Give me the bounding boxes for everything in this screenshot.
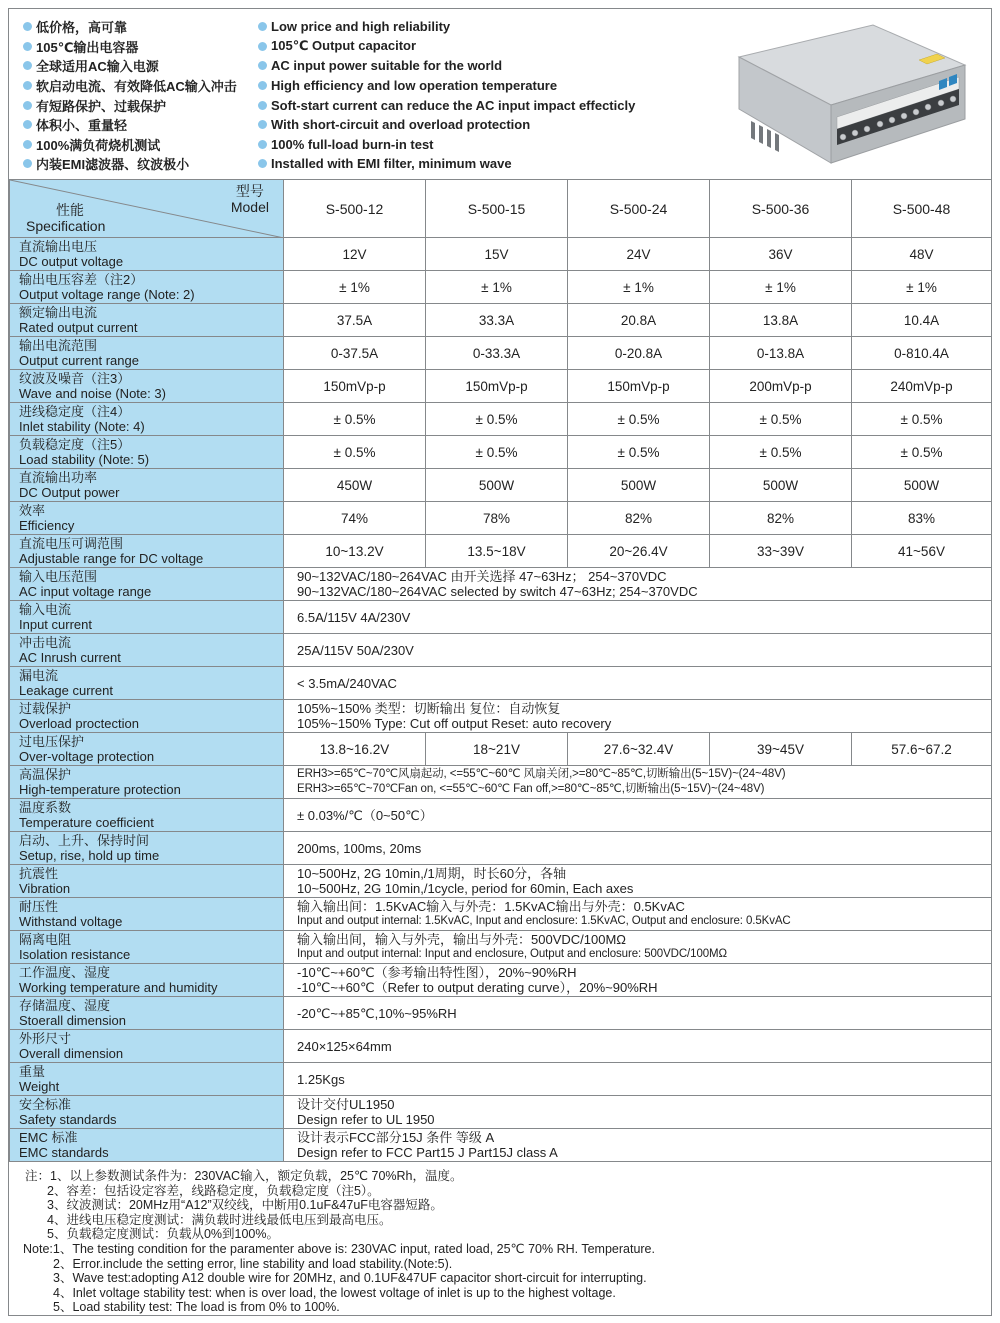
model-column-header: S-500-12: [284, 180, 426, 238]
bullet-icon: [23, 101, 32, 110]
spec-row: 高温保护High-temperature protectionERH3>=65℃…: [10, 766, 992, 799]
spec-row: 过载保护Overload proctection105%~150% 类型：切断输…: [10, 700, 992, 733]
spec-value: 18~21V: [426, 733, 568, 766]
spec-value: 12V: [284, 238, 426, 271]
bullet-icon: [23, 159, 32, 168]
row-label: 温度系数Temperature coefficient: [10, 799, 284, 832]
row-label: 负载稳定度（注5）Load stability (Note: 5): [10, 436, 284, 469]
spec-value: 20.8A: [568, 304, 710, 337]
row-label-en: Leakage current: [19, 683, 281, 698]
corner-spec-label: 性能 Specification: [26, 202, 105, 234]
spec-value: ± 0.5%: [426, 403, 568, 436]
spec-value: ± 1%: [426, 271, 568, 304]
spec-value: ± 0.5%: [852, 403, 992, 436]
feature-item: Low price and high reliability: [258, 17, 635, 37]
spec-value: 39~45V: [710, 733, 852, 766]
row-label-en: Over-voltage protection: [19, 749, 281, 764]
feature-text: 内装EMI滤波器、纹波极小: [36, 154, 189, 173]
spec-value-line: -10℃~+60℃（参考输出特性图），20%~90%RH: [297, 965, 989, 980]
feature-text: 全球适用AC输入电源: [36, 56, 159, 75]
spec-value: 20~26.4V: [568, 535, 710, 568]
spec-row: 隔离电阻Isolation resistance输入输出间，输入与外壳，输出与外…: [10, 931, 992, 964]
note-line-en: 4、Inlet voltage stability test: when is …: [9, 1286, 991, 1301]
feature-item: Installed with EMI filter, minimum wave: [258, 154, 635, 174]
spec-value-line: Input and output internal: 1.5KvAC, Inpu…: [297, 914, 989, 929]
row-label: 重量Weight: [10, 1063, 284, 1096]
spec-row: 温度系数Temperature coefficient± 0.03%/℃（0~5…: [10, 799, 992, 832]
spec-value-line: 设计表示FCC部分15J 条件 等级 A: [297, 1130, 989, 1145]
feature-text: High efficiency and low operation temper…: [271, 78, 557, 93]
feature-item: 100%满负荷烧机测试: [23, 135, 237, 155]
row-label-cn: 抗震性: [19, 866, 281, 881]
note-line-cn: 注：1、以上参数测试条件为：230VAC输入，额定负载，25℃ 70%Rh，温度…: [9, 1169, 991, 1184]
spec-value-span: 6.5A/115V 4A/230V: [284, 601, 992, 634]
feature-item: 105℃ Output capacitor: [258, 37, 635, 57]
bullet-icon: [258, 22, 267, 31]
spec-value: 33.3A: [426, 304, 568, 337]
row-label-cn: 工作温度、湿度: [19, 965, 281, 980]
spec-value-line: 90~132VAC/180~264VAC 由开关选择 47~63Hz； 254~…: [297, 569, 989, 584]
spec-value: 450W: [284, 469, 426, 502]
row-label-cn: 输出电压容差（注2）: [19, 272, 281, 287]
feature-text: 105℃ Output capacitor: [271, 38, 416, 54]
note-line-en: 5、Load stability test: The load is from …: [9, 1300, 991, 1315]
spec-value-line: Design refer to FCC Part15 J Part15J cla…: [297, 1145, 989, 1160]
row-label-cn: 直流输出电压: [19, 239, 281, 254]
row-label: 存储温度、湿度Stoerall dimension: [10, 997, 284, 1030]
notes-section: 注：1、以上参数测试条件为：230VAC输入，额定负载，25℃ 70%Rh，温度…: [9, 1161, 991, 1315]
row-label-cn: EMC 标准: [19, 1130, 281, 1145]
feature-item: 体积小、重量轻: [23, 115, 237, 135]
row-label: 抗震性Vibration: [10, 865, 284, 898]
spec-value: ± 0.5%: [568, 403, 710, 436]
row-label-cn: 过载保护: [19, 701, 281, 716]
spec-value-line: ERH3>=65℃~70℃Fan on, <=55℃~60℃ Fan off,>…: [297, 782, 989, 797]
row-label-cn: 重量: [19, 1064, 281, 1079]
feature-text: 105℃输出电容器: [36, 37, 138, 56]
spec-table: 型号 Model 性能 Specification S-500-12 S-500…: [9, 179, 992, 1162]
spec-value: 27.6~32.4V: [568, 733, 710, 766]
row-label: EMC 标准EMC standards: [10, 1129, 284, 1162]
spec-value: 33~39V: [710, 535, 852, 568]
row-label-cn: 负载稳定度（注5）: [19, 437, 281, 452]
row-label: 直流输出电压DC output voltage: [10, 238, 284, 271]
spec-row: 外形尺寸Overall dimension240×125×64mm: [10, 1030, 992, 1063]
page-frame: 低价格，高可靠105℃输出电容器全球适用AC输入电源软启动电流、有效降低AC输入…: [8, 8, 992, 1316]
row-label-en: Inlet stability (Note: 4): [19, 419, 281, 434]
spec-value-line: 10~500Hz, 2G 10min,/1cycle, period for 6…: [297, 881, 989, 896]
spec-value: 37.5A: [284, 304, 426, 337]
spec-value: 500W: [710, 469, 852, 502]
row-label-en: Isolation resistance: [19, 947, 281, 962]
row-label-en: High-temperature protection: [19, 782, 281, 797]
feature-text: Low price and high reliability: [271, 19, 450, 34]
bullet-icon: [258, 42, 267, 51]
spec-value-span: 设计表示FCC部分15J 条件 等级 ADesign refer to FCC …: [284, 1129, 992, 1162]
spec-value: 13.8~16.2V: [284, 733, 426, 766]
bullet-icon: [23, 42, 32, 51]
spec-value: ± 0.5%: [852, 436, 992, 469]
spec-value: ± 0.5%: [710, 403, 852, 436]
spec-value-line: -10℃~+60℃（Refer to output derating curve…: [297, 980, 989, 995]
spec-value: 0-37.5A: [284, 337, 426, 370]
row-label-en: Input current: [19, 617, 281, 632]
spec-value-span: 240×125×64mm: [284, 1030, 992, 1063]
spec-value-line: 25A/115V 50A/230V: [297, 643, 989, 658]
spec-value: 0-810.4A: [852, 337, 992, 370]
row-label-en: Weight: [19, 1079, 281, 1094]
row-label: 直流电压可调范围Adjustable range for DC voltage: [10, 535, 284, 568]
row-label-en: Wave and noise (Note: 3): [19, 386, 281, 401]
spec-value: 15V: [426, 238, 568, 271]
row-label-en: Vibration: [19, 881, 281, 896]
row-label-cn: 过电压保护: [19, 734, 281, 749]
feature-text: 有短路保护、过载保护: [36, 96, 166, 115]
row-label: 输入电流Input current: [10, 601, 284, 634]
feature-item: High efficiency and low operation temper…: [258, 76, 635, 96]
power-supply-illustration: [687, 13, 987, 175]
row-label-cn: 效率: [19, 503, 281, 518]
row-label-en: AC Inrush current: [19, 650, 281, 665]
corner-model-cn: 型号: [231, 183, 269, 199]
feature-list-en: Low price and high reliability105℃ Outpu…: [258, 17, 635, 174]
spec-value: 48V: [852, 238, 992, 271]
model-column-header: S-500-48: [852, 180, 992, 238]
feature-item: 低价格，高可靠: [23, 17, 237, 37]
spec-row: 冲击电流AC Inrush current25A/115V 50A/230V: [10, 634, 992, 667]
row-label: 过载保护Overload proctection: [10, 700, 284, 733]
bullet-icon: [258, 81, 267, 90]
spec-value: 82%: [710, 502, 852, 535]
note-line-cn: 3、纹波测试：20MHz用“A12”双绞线，中断用0.1uF&47uF电容器短路…: [9, 1198, 991, 1213]
feature-text: 100% full-load burn-in test: [271, 137, 434, 152]
row-label-cn: 直流输出功率: [19, 470, 281, 485]
spec-row: 输入电流Input current6.5A/115V 4A/230V: [10, 601, 992, 634]
bullet-icon: [23, 81, 32, 90]
spec-row: 启动、上升、保持时间Setup, rise, hold up time200ms…: [10, 832, 992, 865]
spec-row: 直流电压可调范围Adjustable range for DC voltage1…: [10, 535, 992, 568]
spec-value-span: < 3.5mA/240VAC: [284, 667, 992, 700]
spec-row: 输出电流范围Output current range0-37.5A0-33.3A…: [10, 337, 992, 370]
row-label-en: Withstand voltage: [19, 914, 281, 929]
spec-row: 安全标准Safety standards设计交付UL1950Design ref…: [10, 1096, 992, 1129]
row-label-en: Efficiency: [19, 518, 281, 533]
spec-value: 10~13.2V: [284, 535, 426, 568]
row-label: 耐压性Withstand voltage: [10, 898, 284, 931]
model-column-header: S-500-36: [710, 180, 852, 238]
row-label-cn: 输出电流范围: [19, 338, 281, 353]
spec-value: ± 1%: [284, 271, 426, 304]
spec-value: 74%: [284, 502, 426, 535]
row-label: 高温保护High-temperature protection: [10, 766, 284, 799]
spec-value: 200mVp-p: [710, 370, 852, 403]
row-label: 冲击电流AC Inrush current: [10, 634, 284, 667]
feature-text: 体积小、重量轻: [36, 115, 127, 134]
row-label-cn: 额定输出电流: [19, 305, 281, 320]
spec-value-span: 25A/115V 50A/230V: [284, 634, 992, 667]
row-label-cn: 启动、上升、保持时间: [19, 833, 281, 848]
spec-value-span: 90~132VAC/180~264VAC 由开关选择 47~63Hz； 254~…: [284, 568, 992, 601]
row-label-en: EMC standards: [19, 1145, 281, 1160]
spec-value: ± 0.5%: [568, 436, 710, 469]
spec-value-line: 6.5A/115V 4A/230V: [297, 610, 989, 625]
spec-row: 负载稳定度（注5）Load stability (Note: 5)± 0.5%±…: [10, 436, 992, 469]
feature-item: 全球适用AC输入电源: [23, 56, 237, 76]
row-label: 外形尺寸Overall dimension: [10, 1030, 284, 1063]
spec-value-line: 输入输出间，输入与外壳，输出与外壳：500VDC/100MΩ: [297, 932, 989, 947]
row-label-cn: 输入电流: [19, 602, 281, 617]
spec-value-line: 90~132VAC/180~264VAC selected by switch …: [297, 584, 989, 599]
feature-text: AC input power suitable for the world: [271, 58, 502, 73]
row-label-en: Safety standards: [19, 1112, 281, 1127]
row-label-cn: 纹波及噪音（注3）: [19, 371, 281, 386]
bullet-icon: [258, 140, 267, 149]
spec-value: 36V: [710, 238, 852, 271]
bullet-icon: [23, 140, 32, 149]
features-section: 低价格，高可靠105℃输出电容器全球适用AC输入电源软启动电流、有效降低AC输入…: [9, 9, 991, 179]
row-label: 过电压保护Over-voltage protection: [10, 733, 284, 766]
spec-value: ± 0.5%: [426, 436, 568, 469]
feature-text: 低价格，高可靠: [36, 17, 127, 36]
bullet-icon: [258, 120, 267, 129]
spec-value-span: 输入输出间，输入与外壳，输出与外壳：500VDC/100MΩInput and …: [284, 931, 992, 964]
spec-row: 直流输出功率DC Output power450W500W500W500W500…: [10, 469, 992, 502]
spec-row: 漏电流Leakage current< 3.5mA/240VAC: [10, 667, 992, 700]
feature-item: 有短路保护、过载保护: [23, 95, 237, 115]
feature-item: Soft-start current can reduce the AC inp…: [258, 95, 635, 115]
bullet-icon: [23, 22, 32, 31]
spec-value-span: -20℃~+85℃,10%~95%RH: [284, 997, 992, 1030]
spec-row: 工作温度、湿度Working temperature and humidity-…: [10, 964, 992, 997]
spec-value-line: 设计交付UL1950: [297, 1097, 989, 1112]
row-label-cn: 耐压性: [19, 899, 281, 914]
feature-item: AC input power suitable for the world: [258, 56, 635, 76]
row-label: 进线稳定度（注4）Inlet stability (Note: 4): [10, 403, 284, 436]
spec-value-line: 240×125×64mm: [297, 1039, 989, 1054]
spec-value: 500W: [568, 469, 710, 502]
spec-value-line: 105%~150% 类型：切断输出 复位：自动恢复: [297, 701, 989, 716]
spec-value: 41~56V: [852, 535, 992, 568]
row-label-en: Overall dimension: [19, 1046, 281, 1061]
row-label-cn: 进线稳定度（注4）: [19, 404, 281, 419]
note-line-cn: 2、容差：包括设定容差，线路稳定度，负载稳定度（注5）。: [9, 1184, 991, 1199]
spec-value-line: ± 0.03%/℃（0~50℃）: [297, 808, 989, 823]
spec-value-line: < 3.5mA/240VAC: [297, 676, 989, 691]
table-header-row: 型号 Model 性能 Specification S-500-12 S-500…: [10, 180, 992, 238]
corner-model-label: 型号 Model: [231, 183, 269, 215]
row-label: 输出电压容差（注2）Output voltage range (Note: 2): [10, 271, 284, 304]
note-line-cn: 4、进线电压稳定度测试：满负载时进线最低电压到最高电压。: [9, 1213, 991, 1228]
spec-value-line: -20℃~+85℃,10%~95%RH: [297, 1006, 989, 1021]
row-label-en: Adjustable range for DC voltage: [19, 551, 281, 566]
row-label-en: Setup, rise, hold up time: [19, 848, 281, 863]
feature-item: 内装EMI滤波器、纹波极小: [23, 154, 237, 174]
table-corner-cell: 型号 Model 性能 Specification: [10, 180, 284, 238]
spec-value: 240mVp-p: [852, 370, 992, 403]
spec-value-line: 输入输出间：1.5KvAC输入与外壳：1.5KvAC输出与外壳：0.5KvAC: [297, 899, 989, 914]
row-label-cn: 漏电流: [19, 668, 281, 683]
row-label-en: DC Output power: [19, 485, 281, 500]
row-label-cn: 隔离电阻: [19, 932, 281, 947]
row-label-en: Load stability (Note: 5): [19, 452, 281, 467]
row-label-en: AC input voltage range: [19, 584, 281, 599]
corner-spec-en: Specification: [26, 218, 105, 234]
row-label-en: Working temperature and humidity: [19, 980, 281, 995]
spec-value-span: 105%~150% 类型：切断输出 复位：自动恢复105%~150% Type:…: [284, 700, 992, 733]
corner-spec-cn: 性能: [56, 202, 105, 218]
bullet-icon: [23, 61, 32, 70]
spec-value-span: 1.25Kgs: [284, 1063, 992, 1096]
spec-value-line: 10~500Hz, 2G 10min,/1周期，时长60分，各轴: [297, 866, 989, 881]
spec-row: 效率Efficiency74%78%82%82%83%: [10, 502, 992, 535]
spec-value-span: ± 0.03%/℃（0~50℃）: [284, 799, 992, 832]
row-label-cn: 温度系数: [19, 800, 281, 815]
row-label: 工作温度、湿度Working temperature and humidity: [10, 964, 284, 997]
spec-value: 500W: [426, 469, 568, 502]
spec-value: ± 1%: [568, 271, 710, 304]
spec-row: 直流输出电压DC output voltage12V15V24V36V48V: [10, 238, 992, 271]
spec-value: 24V: [568, 238, 710, 271]
row-label: 隔离电阻Isolation resistance: [10, 931, 284, 964]
row-label: 输入电压范围AC input voltage range: [10, 568, 284, 601]
spec-row: 输入电压范围AC input voltage range90~132VAC/18…: [10, 568, 992, 601]
note-line-cn: 5、负载稳定度测试：负载从0%到100%。: [9, 1227, 991, 1242]
spec-value: 0-33.3A: [426, 337, 568, 370]
row-label: 启动、上升、保持时间Setup, rise, hold up time: [10, 832, 284, 865]
corner-model-en: Model: [231, 199, 269, 215]
feature-text: With short-circuit and overload protecti…: [271, 117, 530, 132]
spec-value: ± 1%: [710, 271, 852, 304]
feature-list-cn: 低价格，高可靠105℃输出电容器全球适用AC输入电源软启动电流、有效降低AC输入…: [23, 17, 237, 174]
spec-value-span: ERH3>=65℃~70℃风扇起动, <=55℃~60℃ 风扇关闭,>=80℃~…: [284, 766, 992, 799]
spec-value: 0-13.8A: [710, 337, 852, 370]
row-label-cn: 安全标准: [19, 1097, 281, 1112]
spec-row: 额定输出电流Rated output current37.5A33.3A20.8…: [10, 304, 992, 337]
feature-item: 105℃输出电容器: [23, 37, 237, 57]
row-label-en: Output voltage range (Note: 2): [19, 287, 281, 302]
row-label-cn: 冲击电流: [19, 635, 281, 650]
row-label-en: Temperature coefficient: [19, 815, 281, 830]
spec-row: 输出电压容差（注2）Output voltage range (Note: 2)…: [10, 271, 992, 304]
row-label-cn: 存储温度、湿度: [19, 998, 281, 1013]
row-label: 漏电流Leakage current: [10, 667, 284, 700]
row-label: 纹波及噪音（注3）Wave and noise (Note: 3): [10, 370, 284, 403]
spec-value: 150mVp-p: [284, 370, 426, 403]
spec-value-line: ERH3>=65℃~70℃风扇起动, <=55℃~60℃ 风扇关闭,>=80℃~…: [297, 767, 989, 782]
spec-row: 过电压保护Over-voltage protection13.8~16.2V18…: [10, 733, 992, 766]
product-photo: [687, 13, 987, 180]
spec-row: 重量Weight1.25Kgs: [10, 1063, 992, 1096]
bullet-icon: [23, 120, 32, 129]
spec-value-span: 输入输出间：1.5KvAC输入与外壳：1.5KvAC输出与外壳：0.5KvACI…: [284, 898, 992, 931]
row-label-cn: 高温保护: [19, 767, 281, 782]
spec-row: 存储温度、湿度Stoerall dimension-20℃~+85℃,10%~9…: [10, 997, 992, 1030]
spec-row: EMC 标准EMC standards设计表示FCC部分15J 条件 等级 AD…: [10, 1129, 992, 1162]
row-label-en: DC output voltage: [19, 254, 281, 269]
spec-row: 抗震性Vibration10~500Hz, 2G 10min,/1周期，时长60…: [10, 865, 992, 898]
spec-value-line: 1.25Kgs: [297, 1072, 989, 1087]
note-line-en: 3、Wave test:adopting A12 double wire for…: [9, 1271, 991, 1286]
row-label-cn: 输入电压范围: [19, 569, 281, 584]
spec-row: 纹波及噪音（注3）Wave and noise (Note: 3)150mVp-…: [10, 370, 992, 403]
feature-text: 100%满负荷烧机测试: [36, 135, 160, 154]
feature-item: 软启动电流、有效降低AC输入冲击: [23, 76, 237, 96]
note-line-en: Note:1、The testing condition for the par…: [9, 1242, 991, 1257]
row-label-en: Output current range: [19, 353, 281, 368]
bullet-icon: [258, 159, 267, 168]
spec-row: 进线稳定度（注4）Inlet stability (Note: 4)± 0.5%…: [10, 403, 992, 436]
spec-value-line: Input and output internal: Input and enc…: [297, 947, 989, 962]
spec-value: ± 1%: [852, 271, 992, 304]
spec-value: 150mVp-p: [426, 370, 568, 403]
spec-value-line: 200ms, 100ms, 20ms: [297, 841, 989, 856]
row-label-en: Stoerall dimension: [19, 1013, 281, 1028]
spec-value: ± 0.5%: [710, 436, 852, 469]
spec-row: 耐压性Withstand voltage输入输出间：1.5KvAC输入与外壳：1…: [10, 898, 992, 931]
feature-text: 软启动电流、有效降低AC输入冲击: [36, 76, 237, 95]
row-label-en: Rated output current: [19, 320, 281, 335]
bullet-icon: [258, 61, 267, 70]
spec-value-line: Design refer to UL 1950: [297, 1112, 989, 1127]
row-label: 输出电流范围Output current range: [10, 337, 284, 370]
row-label-cn: 直流电压可调范围: [19, 536, 281, 551]
spec-value-line: 105%~150% Type: Cut off output Reset: au…: [297, 716, 989, 731]
spec-value: ± 0.5%: [284, 436, 426, 469]
spec-value: 83%: [852, 502, 992, 535]
spec-value: 13.5~18V: [426, 535, 568, 568]
row-label-cn: 外形尺寸: [19, 1031, 281, 1046]
feature-text: Soft-start current can reduce the AC inp…: [271, 98, 635, 113]
spec-value: 78%: [426, 502, 568, 535]
row-label-en: Overload proctection: [19, 716, 281, 731]
spec-value-span: 10~500Hz, 2G 10min,/1周期，时长60分，各轴10~500Hz…: [284, 865, 992, 898]
spec-value: 13.8A: [710, 304, 852, 337]
spec-table-body: 直流输出电压DC output voltage12V15V24V36V48V输出…: [10, 238, 992, 1162]
note-line-en: 2、Error.include the setting error, line …: [9, 1257, 991, 1272]
model-column-header: S-500-24: [568, 180, 710, 238]
bullet-icon: [258, 101, 267, 110]
spec-value-span: 200ms, 100ms, 20ms: [284, 832, 992, 865]
feature-item: 100% full-load burn-in test: [258, 135, 635, 155]
row-label: 效率Efficiency: [10, 502, 284, 535]
spec-value: 10.4A: [852, 304, 992, 337]
spec-value: 0-20.8A: [568, 337, 710, 370]
spec-value: 57.6~67.2: [852, 733, 992, 766]
spec-value-span: 设计交付UL1950Design refer to UL 1950: [284, 1096, 992, 1129]
spec-value: ± 0.5%: [284, 403, 426, 436]
row-label: 额定输出电流Rated output current: [10, 304, 284, 337]
feature-item: With short-circuit and overload protecti…: [258, 115, 635, 135]
row-label: 安全标准Safety standards: [10, 1096, 284, 1129]
row-label: 直流输出功率DC Output power: [10, 469, 284, 502]
spec-value-span: -10℃~+60℃（参考输出特性图），20%~90%RH-10℃~+60℃（Re…: [284, 964, 992, 997]
spec-value: 500W: [852, 469, 992, 502]
spec-value: 150mVp-p: [568, 370, 710, 403]
spec-value: 82%: [568, 502, 710, 535]
model-column-header: S-500-15: [426, 180, 568, 238]
feature-text: Installed with EMI filter, minimum wave: [271, 156, 512, 171]
